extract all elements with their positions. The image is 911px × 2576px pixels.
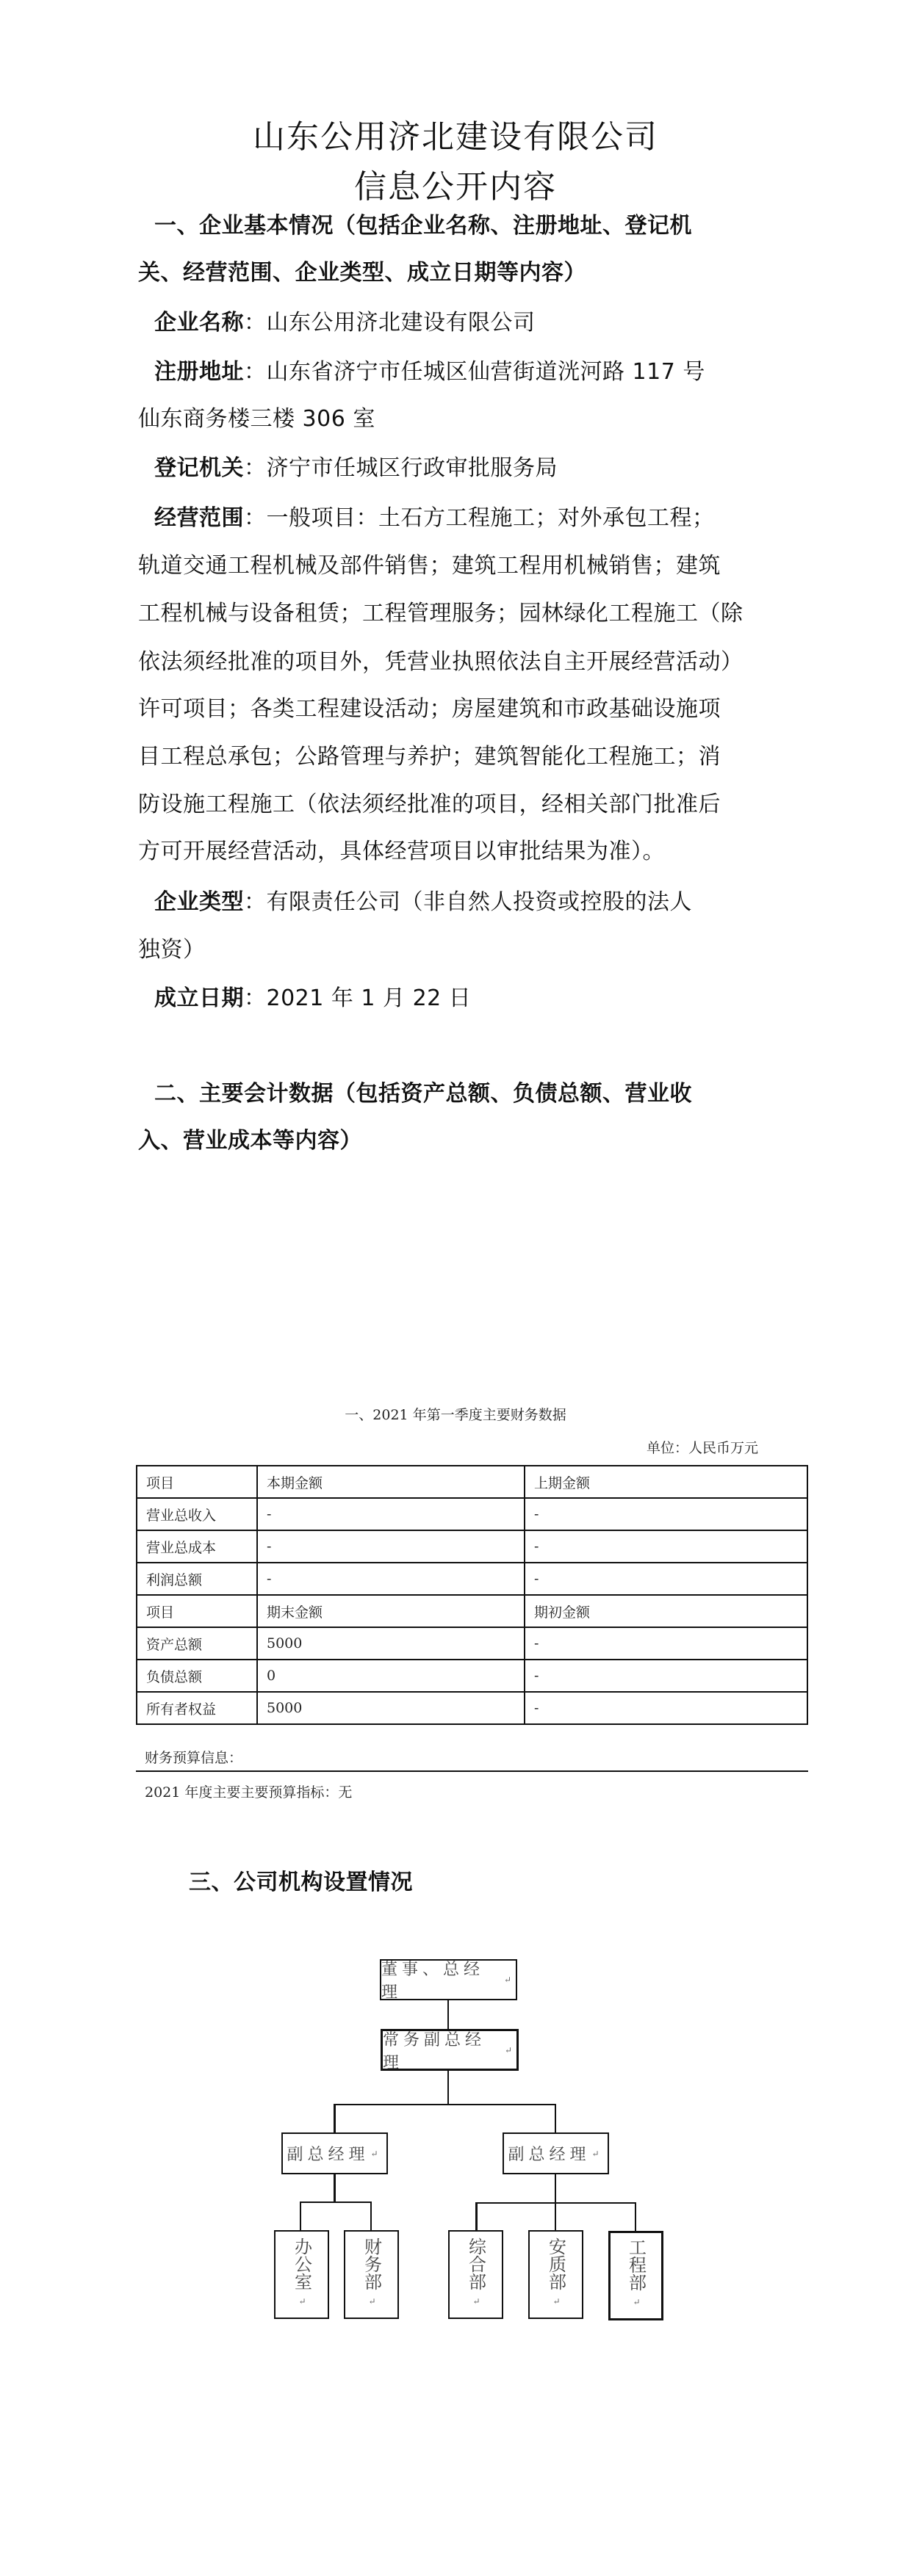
org-node-general-affairs: 综合部↵ <box>448 2230 503 2319</box>
table-row: 利润总额 - - <box>137 1563 807 1595</box>
org-node-vgm-right: 副总经理↵ <box>503 2132 609 2174</box>
table-cell: - <box>257 1530 525 1563</box>
company-name-value: 山东公用济北建设有限公司 <box>267 310 536 336</box>
business-scope-line2: 轨道交通工程机械及部件销售；建筑工程用机械销售；建筑 <box>138 547 721 579</box>
business-scope-line7: 防设施工程施工（依法须经批准的项目，经相关部门批准后 <box>138 786 721 818</box>
connector <box>370 2201 372 2231</box>
company-type-row: 企业类型：有限责任公司（非自然人投资或控股的法人 <box>154 883 692 916</box>
table-cell: 项目 <box>137 1466 257 1498</box>
document-subtitle: 信息公开内容 <box>0 160 911 207</box>
table-cell: - <box>257 1563 525 1595</box>
return-mark-icon: ↵ <box>591 2149 603 2159</box>
return-mark-icon: ↵ <box>472 2290 480 2312</box>
financial-data-table: 项目 本期金额 上期金额 营业总收入 - - 营业总成本 - - 利润总额 - … <box>136 1465 808 1725</box>
return-mark-icon: ↵ <box>298 2290 306 2312</box>
return-mark-icon: ↵ <box>505 2045 516 2055</box>
table-cell: - <box>525 1563 807 1595</box>
table-cell: 本期金额 <box>257 1466 525 1498</box>
table-row: 所有者权益 5000 - <box>137 1692 807 1724</box>
document-title: 山东公用济北建设有限公司 <box>0 110 911 157</box>
org-node-executive-vgm: 常务副总经理↵ <box>381 2029 519 2071</box>
business-scope-line5: 许可项目；各类工程建设活动；房屋建筑和市政基础设施项 <box>138 690 721 723</box>
company-type-value-cont: 独资） <box>138 931 206 963</box>
table-cell: 负债总额 <box>137 1660 257 1692</box>
business-scope-line6: 目工程总承包；公路管理与养护；建筑智能化工程施工；消 <box>138 738 721 770</box>
org-node-office: 办公室↵ <box>274 2230 329 2319</box>
table-cell: - <box>257 1498 525 1530</box>
connector <box>334 2104 555 2105</box>
section3-heading: 三、公司机构设置情况 <box>189 1864 413 1896</box>
table-row: 负债总额 0 - <box>137 1660 807 1692</box>
business-scope-line3: 工程机械与设备租赁；工程管理服务；园林绿化工程施工（除 <box>138 595 743 627</box>
business-scope-line8: 方可开展经营活动，具体经营项目以审批结果为准）。 <box>138 833 665 865</box>
table-cell: 项目 <box>137 1595 257 1627</box>
table-cell: - <box>525 1660 807 1692</box>
return-mark-icon: ↵ <box>633 2291 640 2313</box>
return-mark-icon: ↵ <box>504 1975 516 1985</box>
budget-indicator: 2021 年度主要主要预算指标：无 <box>145 1781 352 1801</box>
org-node-engineering: 工程部↵ <box>608 2231 663 2320</box>
org-node-finance: 财务部↵ <box>344 2230 399 2319</box>
org-node-chairman-gm: 董事、总经理↵ <box>380 1959 517 2000</box>
table-cell: 0 <box>257 1660 525 1692</box>
table-cell: 营业总收入 <box>137 1498 257 1530</box>
section2-heading: 二、主要会计数据（包括资产总额、负债总额、营业收 <box>154 1075 692 1107</box>
connector <box>334 2104 336 2133</box>
table-cell: 营业总成本 <box>137 1530 257 1563</box>
address-value-cont: 仙东商务楼三楼 306 室 <box>138 400 375 433</box>
table-cell: - <box>525 1627 807 1660</box>
section1-heading: 一、企业基本情况（包括企业名称、注册地址、登记机 <box>154 207 692 239</box>
connector <box>555 2104 556 2133</box>
table-row: 项目 期末金额 期初金额 <box>137 1595 807 1627</box>
table-cell: 5000 <box>257 1627 525 1660</box>
table-title: 一、2021 年第一季度主要财务数据 <box>0 1404 911 1424</box>
table-cell: 上期金额 <box>525 1466 807 1498</box>
connector <box>447 2070 449 2104</box>
connector <box>334 2174 336 2201</box>
table-cell: 5000 <box>257 1692 525 1724</box>
return-mark-icon: ↵ <box>370 2149 382 2159</box>
table-row: 项目 本期金额 上期金额 <box>137 1466 807 1498</box>
table-unit: 单位：人民币万元 <box>647 1437 758 1457</box>
company-name-row: 企业名称：山东公用济北建设有限公司 <box>154 304 536 336</box>
connector <box>635 2202 636 2231</box>
company-name-label: 企业名称 <box>154 310 244 336</box>
return-mark-icon: ↵ <box>552 2290 560 2312</box>
established-value: 2021 年 1 月 22 日 <box>267 985 472 1011</box>
table-cell: 期初金额 <box>525 1595 807 1627</box>
section2-heading-cont: 入、营业成本等内容） <box>138 1122 362 1154</box>
address-label: 注册地址 <box>154 359 244 385</box>
registration-authority-label: 登记机关 <box>154 455 244 481</box>
business-scope-row: 经营范围：一般项目：土石方工程施工；对外承包工程； <box>154 499 715 532</box>
company-type-value: 有限责任公司（非自然人投资或控股的法人 <box>267 889 693 915</box>
section1-heading-cont: 关、经营范围、企业类型、成立日期等内容） <box>138 254 586 286</box>
org-node-safety-quality: 安质部↵ <box>528 2230 583 2319</box>
registration-authority-value: 济宁市任城区行政审批服务局 <box>267 455 558 481</box>
org-node-vgm-left: 副总经理↵ <box>281 2132 388 2174</box>
connector <box>300 2201 301 2231</box>
table-row: 资产总额 5000 - <box>137 1627 807 1660</box>
table-cell: 期末金额 <box>257 1595 525 1627</box>
table-cell: - <box>525 1498 807 1530</box>
registration-authority-row: 登记机关：济宁市任城区行政审批服务局 <box>154 449 558 482</box>
address-value: 山东省济宁市任城区仙营街道洸河路 117 号 <box>267 359 705 385</box>
business-scope-line4: 依法须经批准的项目外，凭营业执照依法自主开展经营活动） <box>138 643 743 676</box>
budget-label: 财务预算信息： <box>145 1747 242 1767</box>
table-row: 营业总成本 - - <box>137 1530 807 1563</box>
company-type-label: 企业类型 <box>154 889 244 915</box>
connector <box>555 2202 556 2231</box>
business-scope-line1: 一般项目：土石方工程施工；对外承包工程； <box>267 505 715 531</box>
established-row: 成立日期：2021 年 1 月 22 日 <box>154 980 471 1012</box>
business-scope-label: 经营范围 <box>154 505 244 531</box>
divider <box>136 1770 808 1772</box>
table-cell: - <box>525 1692 807 1724</box>
connector <box>447 2000 449 2030</box>
table-cell: 所有者权益 <box>137 1692 257 1724</box>
address-row: 注册地址：山东省济宁市任城区仙营街道洸河路 117 号 <box>154 353 705 386</box>
table-cell: 利润总额 <box>137 1563 257 1595</box>
connector <box>555 2174 556 2202</box>
table-cell: 资产总额 <box>137 1627 257 1660</box>
connector <box>475 2202 478 2231</box>
connector <box>300 2201 371 2203</box>
table-row: 营业总收入 - - <box>137 1498 807 1530</box>
established-label: 成立日期 <box>154 985 244 1011</box>
return-mark-icon: ↵ <box>368 2290 375 2312</box>
table-cell: - <box>525 1530 807 1563</box>
